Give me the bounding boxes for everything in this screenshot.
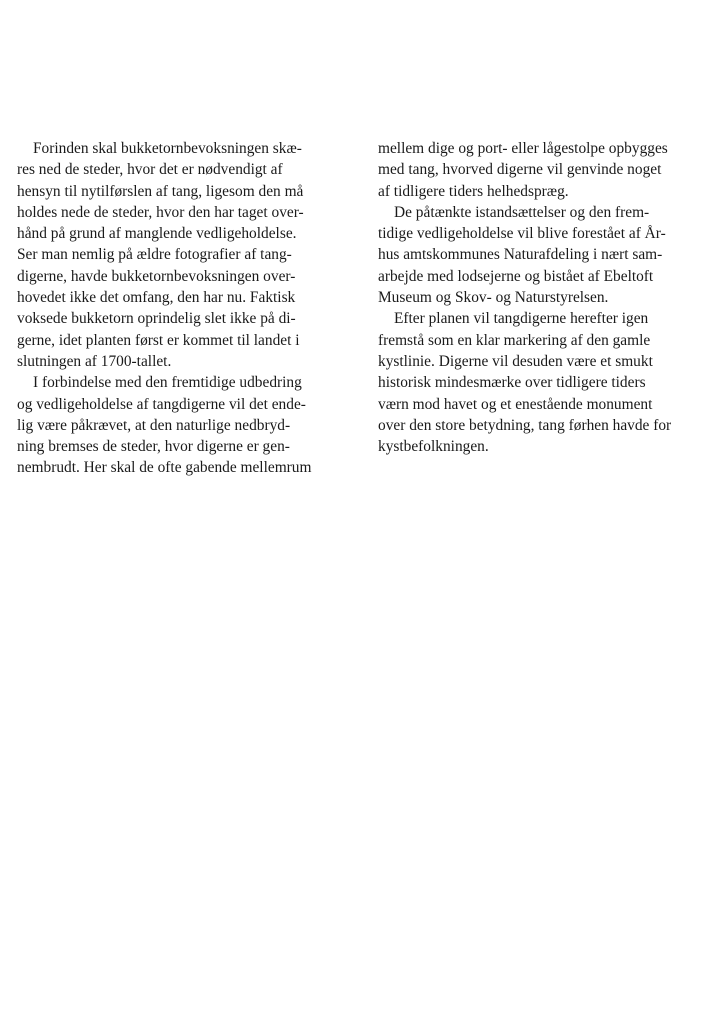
left-text-column: Forinden skal bukketornbevoksningen skæ-… (17, 138, 352, 479)
text-line: ning bremses de steder, hvor digerne er … (17, 436, 352, 457)
text-line: mellem dige og port- eller lågestolpe op… (378, 138, 713, 159)
text-line: med tang, hvorved digerne vil genvinde n… (378, 159, 713, 180)
text-line: historisk mindesmærke over tidligere tid… (378, 372, 713, 393)
text-line: tidige vedligeholdelse vil blive forestå… (378, 223, 713, 244)
text-line: hus amtskommunes Naturafdeling i nært sa… (378, 244, 713, 265)
text-line: kystlinie. Digerne vil desuden være et s… (378, 351, 713, 372)
text-line: digerne, havde bukketornbevoksningen ove… (17, 266, 352, 287)
text-line: værn mod havet og et enestående monument (378, 394, 713, 415)
text-line: arbejde med lodsejerne og bistået af Ebe… (378, 266, 713, 287)
text-line: af tidligere tiders helhedspræg. (378, 181, 713, 202)
right-text-column: mellem dige og port- eller lågestolpe op… (378, 138, 713, 457)
text-line: fremstå som en klar markering af den gam… (378, 330, 713, 351)
document-page: Forinden skal bukketornbevoksningen skæ-… (0, 0, 720, 1019)
text-line: gerne, idet planten først er kommet til … (17, 330, 352, 351)
text-line: kystbefolkningen. (378, 436, 713, 457)
text-line: og vedligeholdelse af tangdigerne vil de… (17, 394, 352, 415)
text-line: I forbindelse med den fremtidige udbedri… (17, 372, 352, 393)
text-line: hånd på grund af manglende vedligeholdel… (17, 223, 352, 244)
text-line: holdes nede de steder, hvor den har tage… (17, 202, 352, 223)
text-line: Forinden skal bukketornbevoksningen skæ- (17, 138, 352, 159)
text-line: Efter planen vil tangdigerne herefter ig… (378, 308, 713, 329)
text-line: hovedet ikke det omfang, den har nu. Fak… (17, 287, 352, 308)
text-line: slutningen af 1700-tallet. (17, 351, 352, 372)
text-line: lig være påkrævet, at den naturlige nedb… (17, 415, 352, 436)
text-line: over den store betydning, tang førhen ha… (378, 415, 713, 436)
text-line: De påtænkte istandsættelser og den frem- (378, 202, 713, 223)
text-line: voksede bukketorn oprindelig slet ikke p… (17, 308, 352, 329)
text-line: Museum og Skov- og Naturstyrelsen. (378, 287, 713, 308)
text-line: nembrudt. Her skal de ofte gabende melle… (17, 457, 352, 478)
text-line: Ser man nemlig på ældre fotografier af t… (17, 244, 352, 265)
text-line: hensyn til nytilførslen af tang, ligesom… (17, 181, 352, 202)
text-line: res ned de steder, hvor det er nødvendig… (17, 159, 352, 180)
